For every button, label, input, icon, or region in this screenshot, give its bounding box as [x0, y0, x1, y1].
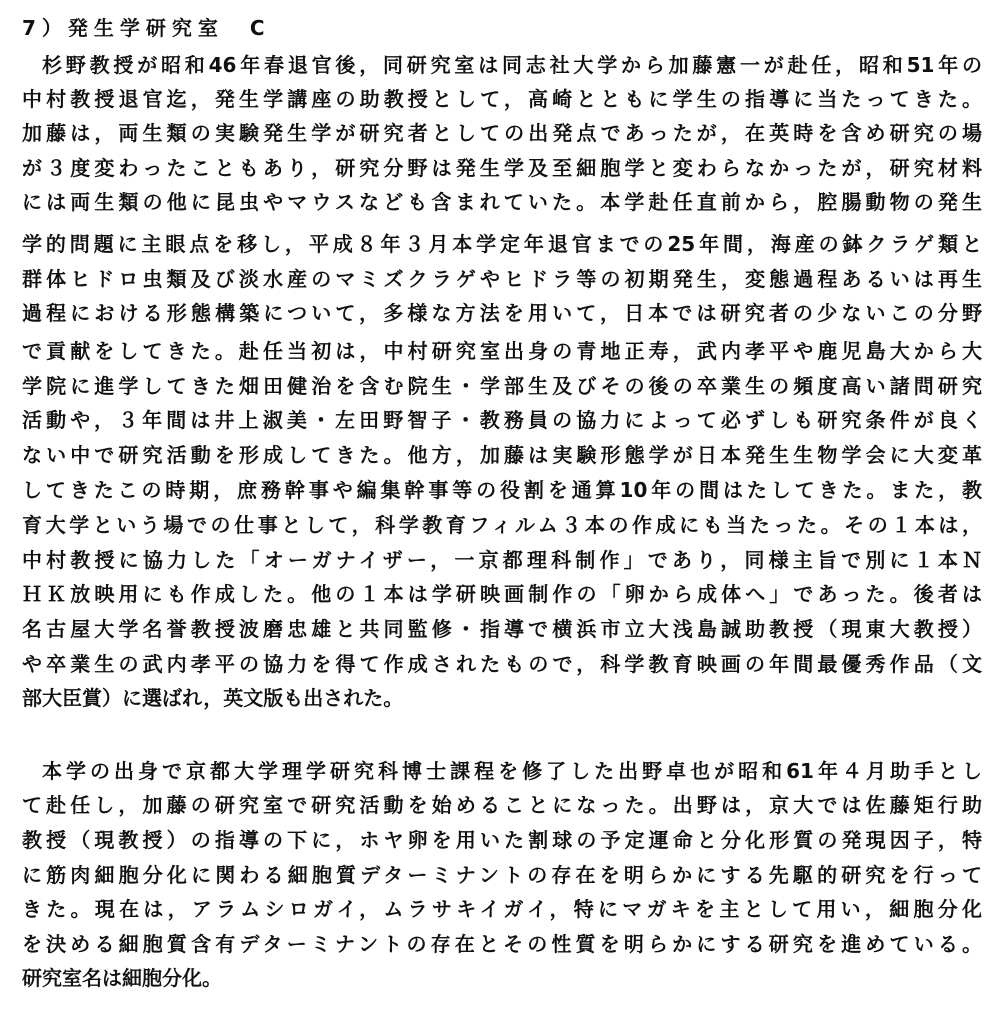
paragraph-2-line: 研究室名は細胞分化。	[22, 964, 982, 992]
paragraph-1-line: 加藤は，両生類の実験発生学が研究者としての出発点であったが，在英時を含め研究の場	[22, 119, 982, 147]
paragraph-1-line: 過程における形態構築について，多様な方法を用いて，日本では研究者の少ないこの分野	[22, 299, 982, 327]
paragraph-1-line: 学院に進学してきた畑田健治を含む院生・学部生及びその後の卒業生の頻度高い諸問研究	[22, 372, 982, 400]
section-heading: 7）発生学研究室 C	[22, 14, 271, 42]
paragraph-1-line: で貢献をしてきた。赴任当初は，中村研究室出身の青地正寿，武内孝平や鹿児島大から大	[22, 337, 982, 365]
document-page: 7）発生学研究室 C 杉野教授が昭和46年春退官後，同研究室は同志社大学から加藤…	[0, 0, 1000, 1010]
paragraph-2-line: 本学の出身で京都大学理学研究科博士課程を修了した出野卓也が昭和61年４月助手とし	[22, 757, 982, 785]
paragraph-1-line: には両生類の他に昆虫やマウスなども含まれていた。本学赴任直前から，腔腸動物の発生	[22, 188, 982, 216]
paragraph-1-line: 育大学という場での仕事として，科学教育フィルム３本の作成にも当たった。その１本は…	[22, 511, 982, 539]
paragraph-1-line: が３度変わったこともあり，研究分野は発生学及至細胞学と変わらなかったが，研究材料	[22, 154, 982, 182]
paragraph-1-line: 部大臣賞）に選ばれ，英文版も出された。	[22, 684, 982, 712]
paragraph-2-line: に筋肉細胞分化に関わる細胞質デターミナントの存在を明らかにする先駆的研究を行って	[22, 861, 982, 889]
paragraph-1-line: 中村教授退官迄，発生学講座の助教授として，高崎とともに学生の指導に当たってきた。	[22, 85, 982, 113]
paragraph-1-line: してきたこの時期，庶務幹事や編集幹事等の役割を通算10年の間はたしてきた。また，…	[22, 476, 982, 504]
paragraph-1-line: ＨＫ放映用にも作成した。他の１本は学研映画制作の「卵から成体へ」であった。後者は	[22, 580, 982, 608]
paragraph-2-line: 教授（現教授）の指導の下に，ホヤ卵を用いた割球の予定運命と分化形質の発現因子，特	[22, 826, 982, 854]
paragraph-1-line: や卒業生の武内孝平の協力を得て作成されたもので，科学教育映画の年間最優秀作品（文	[22, 650, 982, 678]
paragraph-2-line: て赴任し，加藤の研究室で研究活動を始めることになった。出野は，京大では佐藤矩行助	[22, 791, 982, 819]
paragraph-2-line: を決める細胞質含有デターミナントの存在とその性質を明らかにする研究を進めている。	[22, 930, 982, 958]
paragraph-1-line: 学的問題に主眼点を移し，平成８年３月本学定年退官までの25年間，海産の鉢クラゲ類…	[22, 230, 982, 258]
paragraph-2-line: きた。現在は，アラムシロガイ，ムラサキイガイ，特にマガキを主として用い，細胞分化	[22, 895, 982, 923]
paragraph-1-line: 中村教授に協力した「オーガナイザー，一京都理科制作」であり，同様主旨で別に１本Ｎ	[22, 546, 982, 574]
paragraph-1-line: 名古屋大学名誉教授波磨忠雄と共同監修・指導で横浜市立大浅島誠助教授（現東大教授）	[22, 615, 982, 643]
paragraph-1-line: 杉野教授が昭和46年春退官後，同研究室は同志社大学から加藤憲一が赴任，昭和51年…	[22, 51, 982, 79]
paragraph-1-line: ない中で研究活動を形成してきた。他方，加藤は実験形態学が日本発生生物学会に大変革	[22, 441, 982, 469]
paragraph-1-line: 群体ヒドロ虫類及び淡水産のマミズクラゲやヒドラ等の初期発生，変態過程あるいは再生	[22, 265, 982, 293]
paragraph-1-line: 活動や，３年間は井上淑美・左田野智子・教務員の協力によって必ずしも研究条件が良く	[22, 406, 982, 434]
